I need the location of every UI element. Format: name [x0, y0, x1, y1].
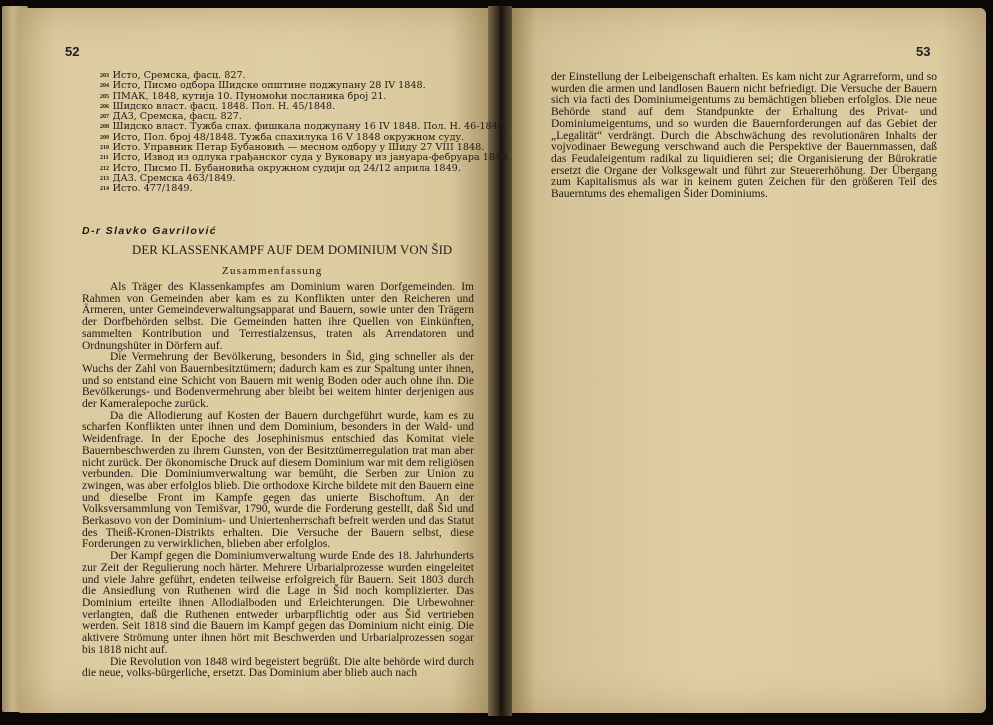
footnote-number: 204 — [100, 81, 110, 91]
page-number-right: 53 — [916, 44, 930, 59]
left-page-body: Als Träger des Klassenkampfes am Dominiu… — [82, 282, 474, 680]
footnote-number: 208 — [100, 122, 110, 132]
footnote-number: 206 — [100, 102, 110, 112]
paragraph: Als Träger des Klassenkampfes am Dominiu… — [82, 282, 474, 352]
page-number-left: 52 — [65, 44, 79, 59]
paragraph: Die Vermehrung der Bevölkerung, besonder… — [82, 352, 474, 411]
footnote-number: 213 — [100, 174, 110, 184]
footnote-number: 214 — [100, 184, 110, 194]
footnote: 214 Исто. 477/1849. — [100, 184, 480, 194]
footnotes-list: 203 Исто, Сремска, фасц. 827. 204 Исто, … — [100, 71, 480, 195]
right-page-body: der Einstellung der Leibeigenschaft erha… — [551, 72, 937, 201]
article-subtitle: Zusammenfassung — [222, 265, 322, 277]
footnote-number: 207 — [100, 112, 110, 122]
author-name: D-r Slavko Gavrilović — [82, 225, 217, 237]
footnote-number: 212 — [100, 164, 110, 174]
paragraph: Der Kampf gegen die Dominiumverwaltung w… — [82, 551, 474, 656]
article-title: DER KLASSENKAMPF AUF DEM DOMINIUM VON ŠI… — [132, 243, 432, 258]
footnote-text: Исто. 477/1849. — [113, 183, 193, 194]
paragraph: Die Revolution von 1848 wird begeistert … — [82, 657, 474, 680]
paragraph: der Einstellung der Leibeigenschaft erha… — [551, 72, 937, 201]
footnote-number: 211 — [100, 153, 110, 163]
paragraph: Da die Allodierung auf Kosten der Bauern… — [82, 411, 474, 551]
book-gutter — [488, 6, 512, 716]
footnote-number: 203 — [100, 71, 110, 81]
footnote-number: 210 — [100, 143, 110, 153]
footnote-number: 209 — [100, 133, 110, 143]
footnote-number: 205 — [100, 92, 110, 102]
